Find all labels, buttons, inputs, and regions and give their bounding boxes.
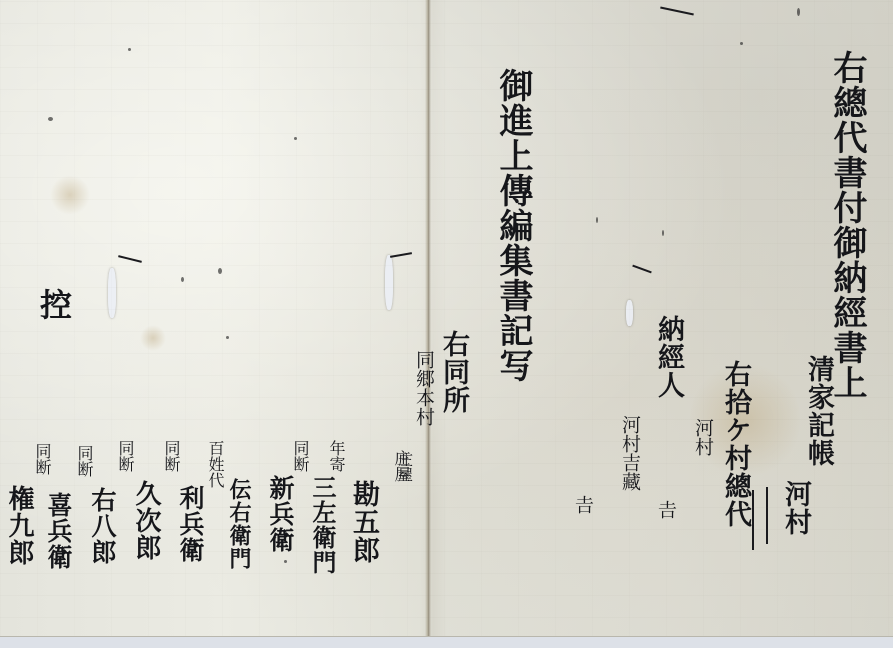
right-column-village-2: 河村 bbox=[693, 418, 712, 456]
left-prefix-2: 同断 bbox=[292, 440, 308, 472]
paper-stain bbox=[50, 175, 90, 215]
paper-hole bbox=[385, 255, 393, 310]
seal-stroke bbox=[766, 487, 768, 544]
ink-speck bbox=[48, 117, 53, 121]
ink-speck bbox=[284, 560, 287, 563]
hole-edge-stroke bbox=[390, 252, 412, 258]
ink-speck bbox=[596, 217, 598, 223]
paper-stain bbox=[140, 325, 166, 351]
left-prefix-4: 同断 bbox=[163, 440, 179, 472]
ink-speck bbox=[226, 336, 229, 339]
ink-speck bbox=[797, 8, 800, 16]
left-name-8: 権九郎 bbox=[6, 485, 32, 566]
ink-speck bbox=[294, 137, 297, 140]
margin-note-copy: 控 bbox=[38, 288, 70, 321]
ink-speck bbox=[740, 42, 743, 45]
ink-speck bbox=[128, 48, 131, 51]
right-column-sutra-donor: 納經人 bbox=[655, 315, 682, 399]
left-name-3: 伝右衛門 bbox=[228, 478, 250, 570]
left-name-1: 三左衛門 bbox=[310, 475, 334, 575]
ink-speck bbox=[181, 277, 184, 282]
left-name-0: 勘五郎 bbox=[350, 480, 377, 564]
paper-bottom-edge bbox=[0, 636, 893, 648]
center-village: 同郷本村 bbox=[414, 350, 433, 426]
ink-speck bbox=[662, 230, 664, 236]
paper-hole bbox=[626, 300, 633, 326]
left-prefix-8: 同断 bbox=[34, 443, 50, 475]
hole-edge-stroke bbox=[118, 255, 142, 263]
left-prefix-5: 同断 bbox=[117, 440, 133, 472]
center-fold bbox=[425, 0, 431, 640]
ink-speck bbox=[218, 268, 222, 274]
right-column-mark-2: 𠮷 bbox=[573, 495, 592, 514]
center-title-column: 御進上傳編集書記写 bbox=[496, 68, 530, 383]
left-prefix-6: 同断 bbox=[76, 445, 92, 477]
document-sheet: 右總代書付御納經書上 清家記帳 河村 右拾ケ村總代 河村 𠮷 納經人 河村吉藏 … bbox=[0, 0, 893, 640]
right-column-representative: 右拾ケ村總代 bbox=[722, 360, 749, 528]
right-column-donor-name: 河村吉藏 bbox=[620, 415, 639, 491]
top-stroke bbox=[660, 6, 694, 15]
left-name-2: 新兵衛 bbox=[268, 475, 293, 553]
left-name-5: 久次郎 bbox=[133, 480, 159, 561]
left-prefix-0: 庄屋 bbox=[397, 452, 412, 482]
right-heading-column: 右總代書付御納經書上 bbox=[830, 50, 864, 400]
right-column-mark-1: 𠮷 bbox=[656, 500, 675, 519]
left-name-4: 利兵衛 bbox=[178, 485, 203, 563]
right-column-village: 河村 bbox=[782, 480, 809, 536]
seal-stroke bbox=[752, 490, 754, 550]
left-name-6: 右八郎 bbox=[90, 487, 115, 565]
paper-hole bbox=[108, 268, 116, 318]
left-prefix-1: 年寄 bbox=[328, 440, 344, 472]
right-column-clerk: 清家記帳 bbox=[805, 355, 832, 467]
center-same-place: 右同所 bbox=[440, 330, 467, 414]
left-prefix-3: 百姓代 bbox=[207, 440, 223, 488]
left-name-7: 喜兵衛 bbox=[46, 492, 71, 570]
hole-edge-stroke bbox=[632, 265, 651, 274]
